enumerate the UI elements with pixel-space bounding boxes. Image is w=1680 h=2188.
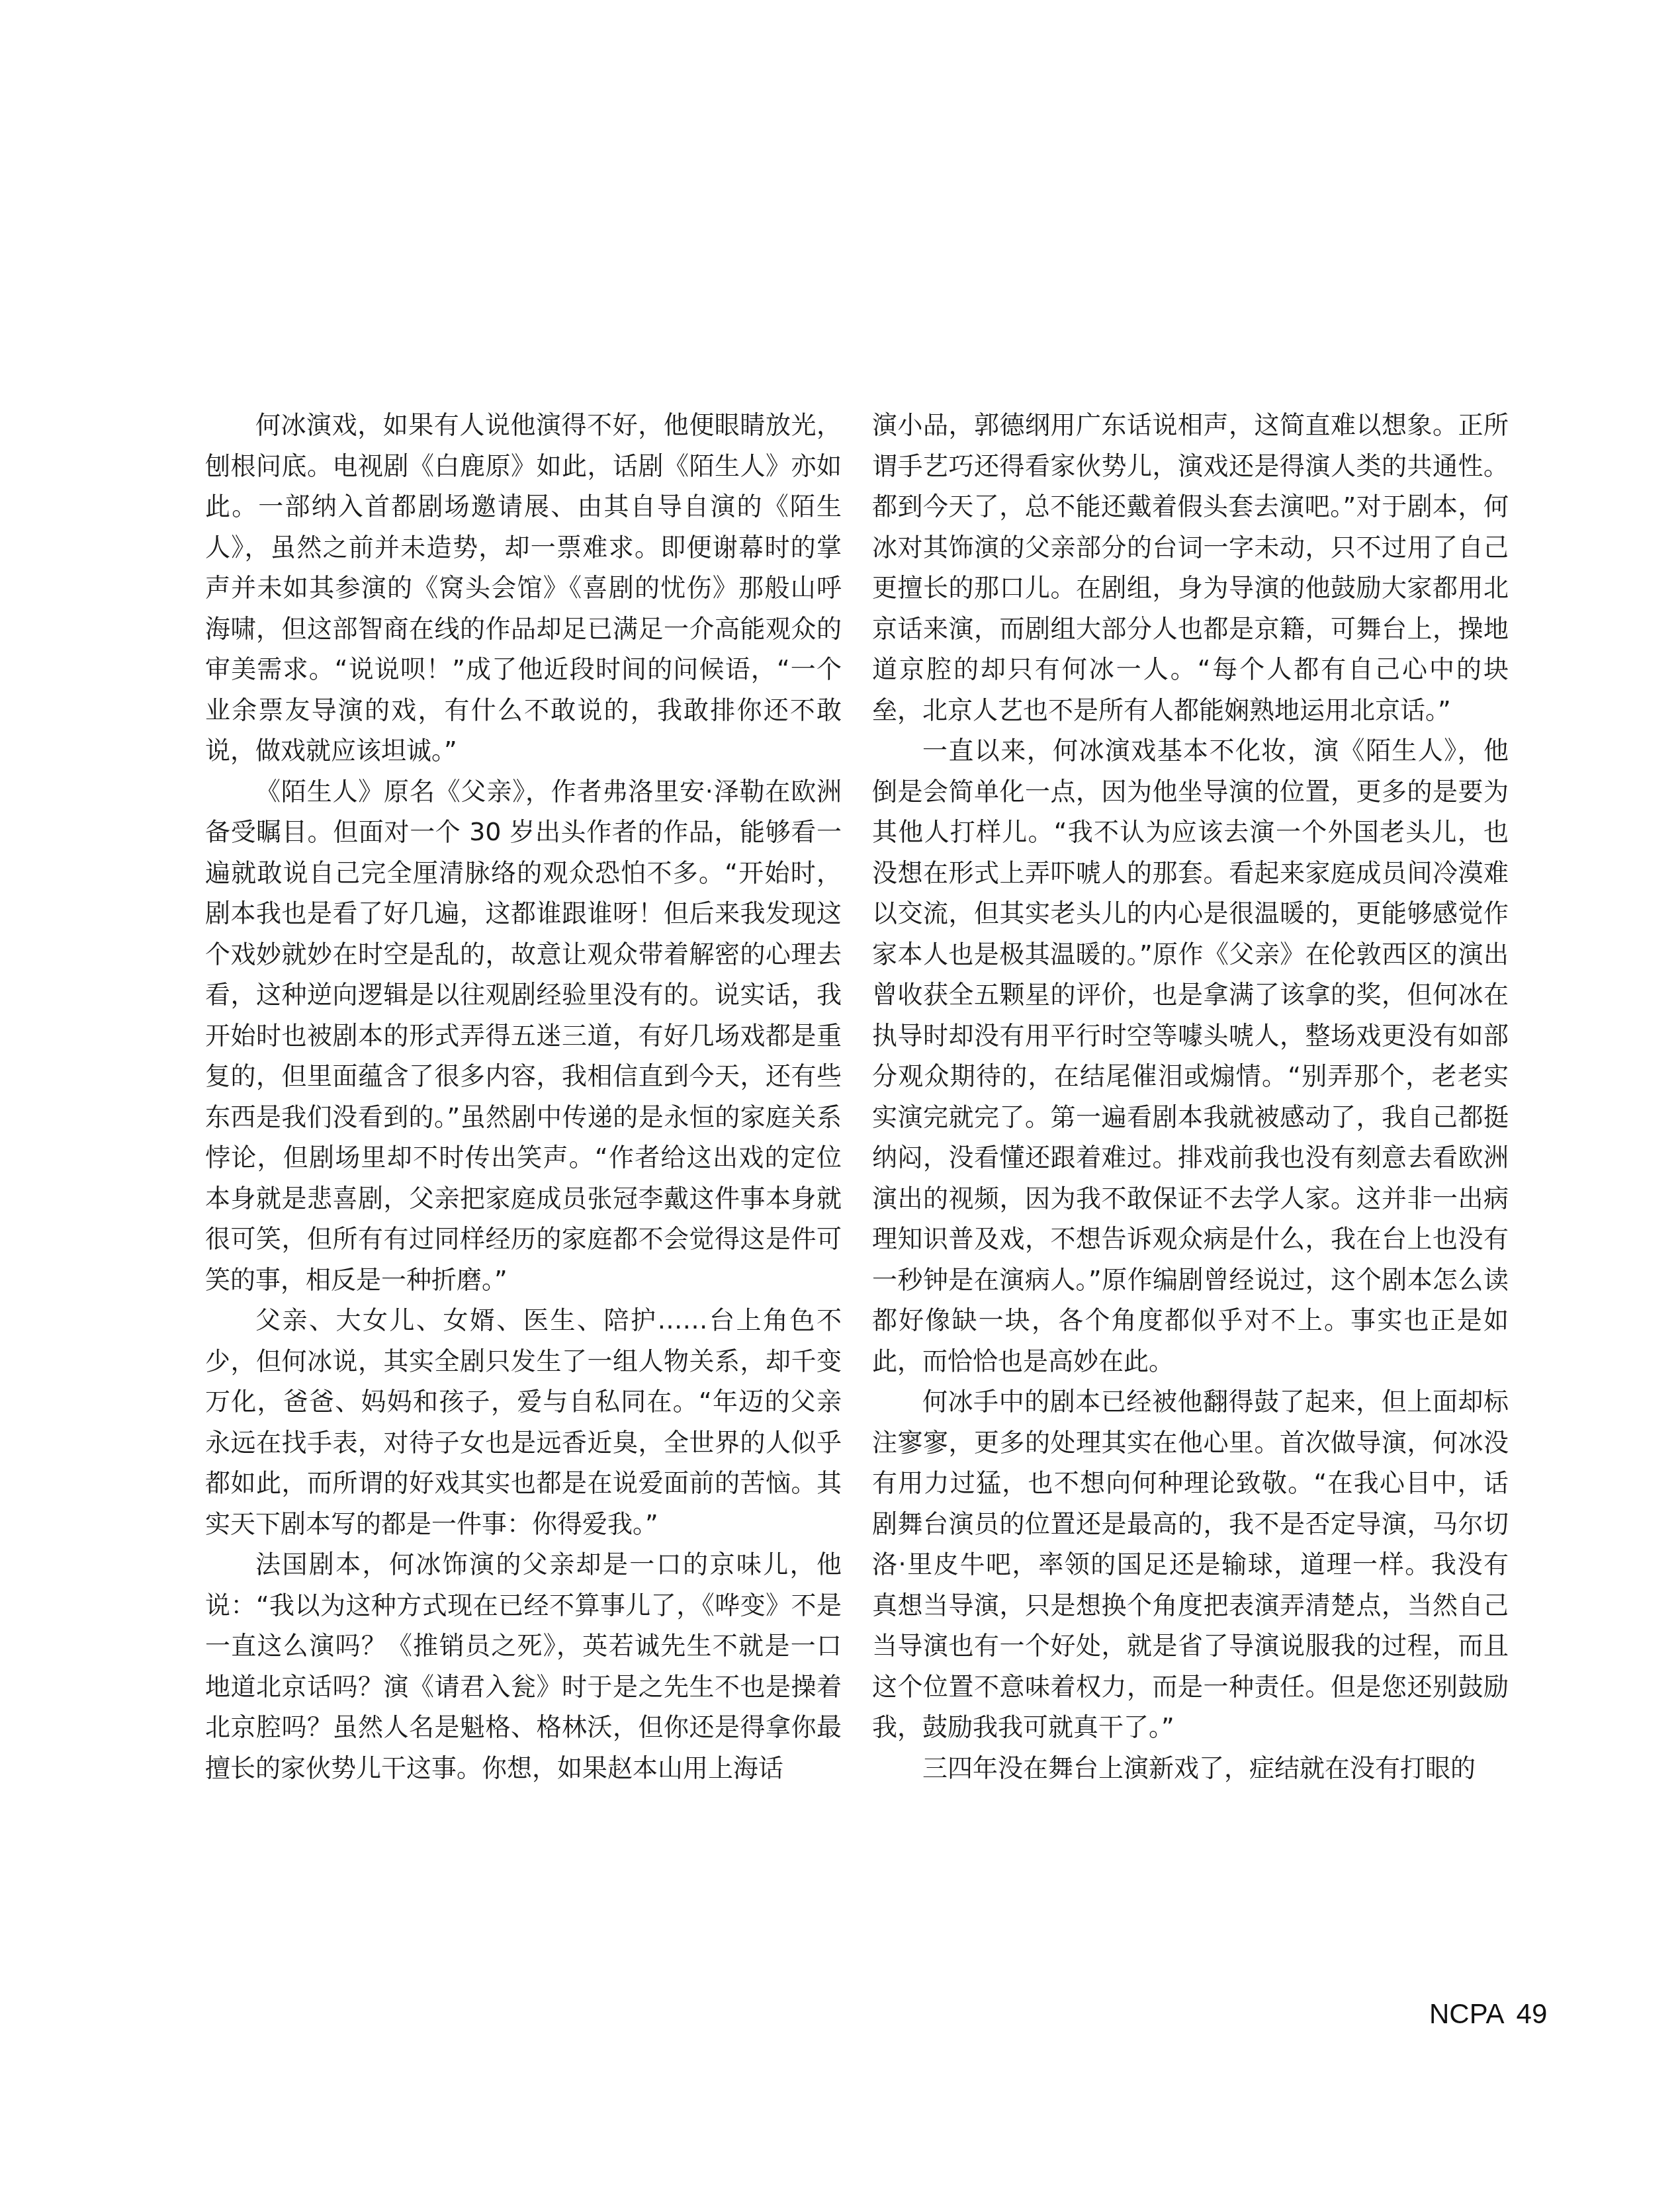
paragraph-continued: 演小品，郭德纲用广东话说相声，这简直难以想象。正所谓手艺巧还得看家伙势儿，演戏还… bbox=[872, 405, 1509, 730]
paragraph: 《陌生人》原名《父亲》，作者弗洛里安·泽勒在欧洲备受瞩目。但面对一个 30 岁出… bbox=[205, 771, 842, 1301]
paragraph: 一直以来，何冰演戏基本不化妆，演《陌生人》，他倒是会简单化一点，因为他坐导演的位… bbox=[872, 730, 1509, 1381]
article-column-left: 何冰演戏，如果有人说他演得不好，他便眼睛放光，刨根问底。电视剧《白鹿原》如此，话… bbox=[205, 405, 842, 1788]
page-number: 49 bbox=[1517, 1998, 1548, 2029]
paragraph: 何冰演戏，如果有人说他演得不好，他便眼睛放光，刨根问底。电视剧《白鹿原》如此，话… bbox=[205, 405, 842, 771]
publication-name: NCPA bbox=[1429, 1998, 1505, 2029]
paragraph: 三四年没在舞台上演新戏了，症结就在没有打眼的 bbox=[872, 1748, 1509, 1789]
page-footer: NCPA49 bbox=[1429, 1998, 1547, 2030]
paragraph: 父亲、大女儿、女婿、医生、陪护……台上角色不少，但何冰说，其实全剧只发生了一组人… bbox=[205, 1300, 842, 1544]
paragraph: 何冰手中的剧本已经被他翻得鼓了起来，但上面却标注寥寥，更多的处理其实在他心里。首… bbox=[872, 1381, 1509, 1748]
paragraph: 法国剧本，何冰饰演的父亲却是一口的京味儿，他说：“我以为这种方式现在已经不算事儿… bbox=[205, 1544, 842, 1788]
article-column-right: 演小品，郭德纲用广东话说相声，这简直难以想象。正所谓手艺巧还得看家伙势儿，演戏还… bbox=[872, 405, 1509, 1788]
